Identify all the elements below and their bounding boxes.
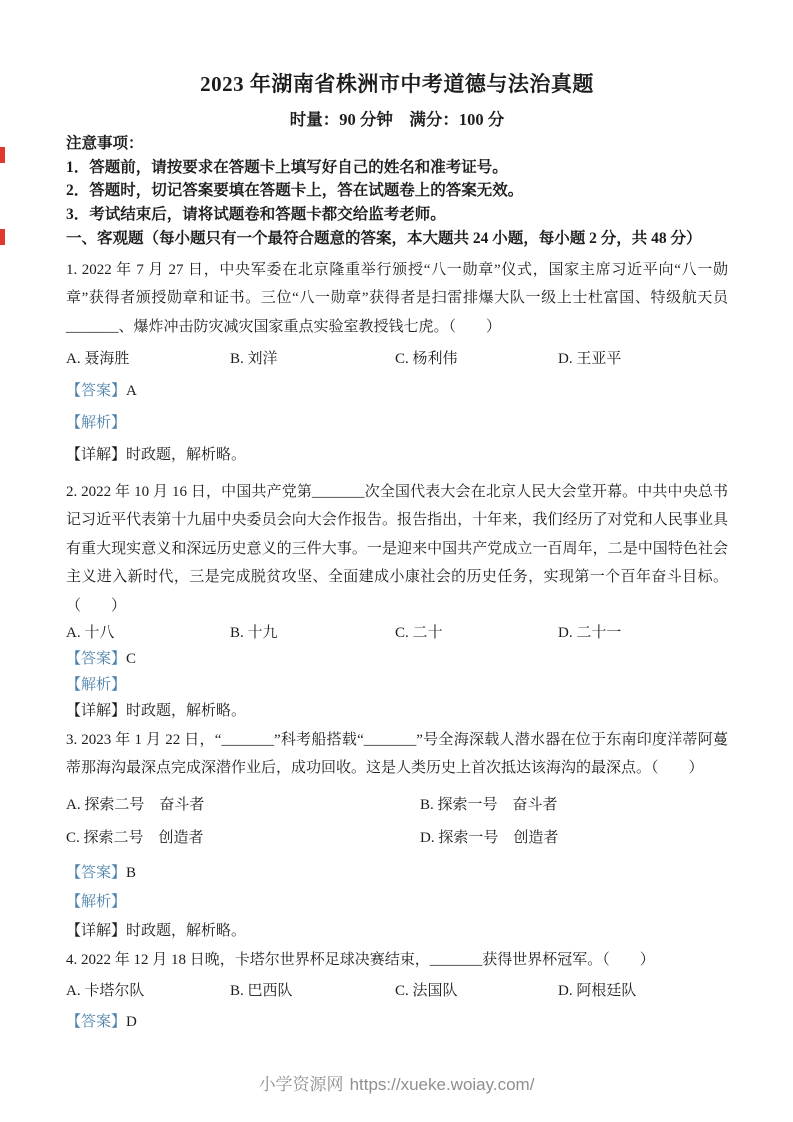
option-d: D. 阿根廷队: [558, 982, 728, 1001]
option-a: A. 聂海胜: [66, 350, 230, 369]
answer-label: 【答案】: [66, 865, 126, 881]
notice-item-3: 3．考试结束后，请将试题卷和答题卡都交给监考老师。: [66, 203, 728, 227]
notice-item-2: 2．答题时，切记答案要填在答题卡上，答在试题卷上的答案无效。: [66, 179, 728, 203]
option-d: D. 二十一: [558, 624, 728, 642]
option-a: A. 十八: [66, 624, 230, 642]
question-3-stem: 3. 2023 年 1 月 22 日，“_______”科考船搭载“______…: [66, 726, 728, 783]
option-d: D. 探索一号 创造者: [420, 822, 728, 855]
page-title: 2023 年湖南省株洲市中考道德与法治真题: [66, 68, 728, 98]
detail-line: 【详解】时政题，解析略。: [66, 917, 728, 946]
answer-line: 【答案】C: [66, 646, 728, 672]
option-b: B. 探索一号 奋斗者: [420, 789, 728, 822]
question-4-stem: 4. 2022 年 12 月 18 日晚，卡塔尔世界杯足球决赛结束，______…: [66, 946, 728, 974]
option-c: C. 探索二号 创造者: [66, 822, 420, 855]
option-c: C. 二十: [395, 624, 558, 642]
answer-line: 【答案】A: [66, 375, 728, 407]
left-margin-mark-1: [0, 147, 5, 163]
option-d: D. 王亚平: [558, 350, 728, 369]
analysis-line: 【解析】: [66, 888, 728, 917]
option-c: C. 杨利伟: [395, 350, 558, 369]
footer-site-url[interactable]: https://xueke.woiay.com/: [350, 1075, 535, 1094]
question-1-stem: 1. 2022 年 7 月 27 日，中央军委在北京隆重举行颁授“八一勋章”仪式…: [66, 256, 728, 341]
answer-label: 【答案】: [66, 383, 126, 399]
option-a: A. 卡塔尔队: [66, 982, 230, 1001]
option-b: B. 刘洋: [230, 350, 395, 369]
detail-line: 【详解】时政题，解析略。: [66, 439, 728, 471]
answer-line: 【答案】D: [66, 1007, 728, 1037]
notice-heading: 注意事项：: [66, 132, 728, 156]
question-1-options: A. 聂海胜 B. 刘洋 C. 杨利伟 D. 王亚平: [66, 350, 728, 369]
option-a: A. 探索二号 奋斗者: [66, 789, 420, 822]
analysis-label: 【解析】: [66, 415, 126, 431]
analysis-label: 【解析】: [66, 677, 126, 693]
notice-block: 注意事项： 1．答题前，请按要求在答题卡上填写好自己的姓名和准考证号。 2．答题…: [66, 132, 728, 226]
analysis-label: 【解析】: [66, 894, 126, 910]
question-2-options: A. 十八 B. 十九 C. 二十 D. 二十一: [66, 624, 728, 642]
answer-value: C: [126, 651, 136, 667]
left-margin-mark-2: [0, 229, 5, 245]
answer-label: 【答案】: [66, 651, 126, 667]
answer-line: 【答案】B: [66, 859, 728, 888]
answer-value: B: [126, 865, 136, 881]
answer-value: A: [126, 383, 137, 399]
notice-item-1: 1．答题前，请按要求在答题卡上填写好自己的姓名和准考证号。: [66, 156, 728, 180]
question-1: 1. 2022 年 7 月 27 日，中央军委在北京隆重举行颁授“八一勋章”仪式…: [66, 256, 728, 471]
question-4: 4. 2022 年 12 月 18 日晚，卡塔尔世界杯足球决赛结束，______…: [66, 946, 728, 1037]
detail-line: 【详解】时政题，解析略。: [66, 698, 728, 724]
option-b: B. 巴西队: [230, 982, 395, 1001]
analysis-line: 【解析】: [66, 672, 728, 698]
answer-value: D: [126, 1014, 137, 1030]
exam-duration-score: 时量：90 分钟 满分：100 分: [66, 106, 728, 130]
answer-label: 【答案】: [66, 1014, 126, 1030]
question-3: 3. 2023 年 1 月 22 日，“_______”科考船搭载“______…: [66, 726, 728, 946]
footer-watermark: 小学资源网https://xueke.woiay.com/: [0, 1070, 793, 1095]
option-c: C. 法国队: [395, 982, 558, 1001]
question-3-options: A. 探索二号 奋斗者 B. 探索一号 奋斗者 C. 探索二号 创造者 D. 探…: [66, 789, 728, 855]
question-2: 2. 2022 年 10 月 16 日，中国共产党第_______次全国代表大会…: [66, 478, 728, 724]
footer-site-name: 小学资源网: [259, 1075, 344, 1094]
analysis-line: 【解析】: [66, 407, 728, 439]
option-b: B. 十九: [230, 624, 395, 642]
question-2-stem: 2. 2022 年 10 月 16 日，中国共产党第_______次全国代表大会…: [66, 478, 728, 620]
section-heading-objective: 一、客观题（每小题只有一个最符合题意的答案，本大题共 24 小题，每小题 2 分…: [66, 228, 728, 250]
question-4-options: A. 卡塔尔队 B. 巴西队 C. 法国队 D. 阿根廷队: [66, 982, 728, 1001]
